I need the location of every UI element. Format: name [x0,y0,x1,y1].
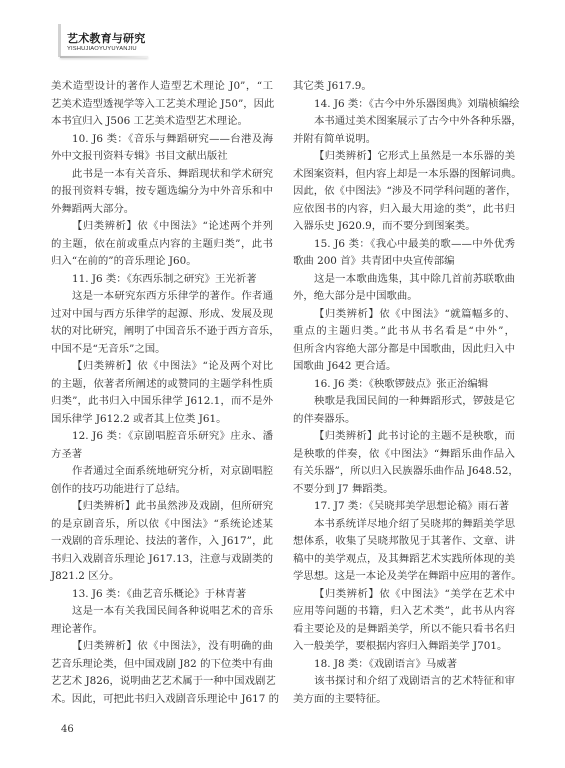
analysis-line: 【归类辨析】依《中图法》“美学在艺术中 [293,586,515,604]
entry-heading: 13. J6 类：《曲艺音乐概论》于林青著 [51,586,273,604]
text-line: 这是一本研究东西方乐律学的著作。作者通 [51,288,273,306]
text-line: 该书探讨和介绍了戏剧语言的艺术特征和审 [293,673,515,691]
analysis-line: 术。因此，可把此书归入戏剧音乐理论中 J617 的 [51,691,273,709]
journal-logo: 艺术教育与研究 YISHUJIAOYUYUYANJIU [56,22,152,62]
analysis-line: 但所含内容绝大部分都是中国歌曲，因此归入中 [293,341,515,359]
analysis-line: 【归类辨析】它形式上虽然是一本乐器的美 [293,148,515,166]
text-line: 艺美术造型透视学等入工艺美术理论 J50”，因此 [51,96,273,114]
right-column: 其它类 J617.9。 14. J6 类：《古今中外乐器图典》刘瑞桢编绘 本书通… [293,78,515,708]
text-line: 的伴奏器乐。 [293,411,515,429]
analysis-line: 的主题，依著者所阐述的或赞同的主题学科性质 [51,376,273,394]
entry-heading: 17. J7 类：《吴晓邦美学思想论稿》雨石著 [293,498,515,516]
analysis-line: 其它类 J617.9。 [293,78,515,96]
text-line: 这是一本有关我国民间各种说唱艺术的音乐 [51,603,273,621]
analysis-line: 艺艺术 J826，说明曲艺艺术属于一种中国戏剧艺 [51,673,273,691]
analysis-line: 【归类辨析】依《中图法》“论述两个并列 [51,218,273,236]
analysis-line: 重点的主题归类。”此书从书名看是“中外”， [293,323,515,341]
analysis-line: 国乐律学 J612.2 或者其上位类 J61。 [51,411,273,429]
analysis-line: 因此，依《中图法》“涉及不同学科问题的著作， [293,183,515,201]
text-line: 这是一本歌曲选集，其中除几首前苏联歌曲 [293,271,515,289]
entry-heading: 10. J6 类：《音乐与舞蹈研究——台港及海 [51,131,273,149]
text-line: 理论著作。 [51,621,273,639]
text-line: 中国不是“无音乐”之国。 [51,341,273,359]
analysis-line: 【归类辨析】依《中图法》“就篇幅多的、 [293,306,515,324]
text-line: 过对中国与西方乐律学的起源、形成、发展及现 [51,306,273,324]
page-number: 46 [61,724,74,736]
text-line: 外，绝大部分是中国歌曲。 [293,288,515,306]
text-line: 并附有简单说明。 [293,131,515,149]
analysis-line: 是秧歌的伴奏，依《中图法》“舞蹈乐曲作品入 [293,446,515,464]
analysis-line: 国歌曲 J642 更合适。 [293,358,515,376]
analysis-line: 不要分到 J7 舞蹈类。 [293,481,515,499]
entry-heading: 方圣著 [51,446,273,464]
analysis-line: 应用等问题的书籍，归入艺术类”，此书从内容 [293,603,515,621]
journal-title: 艺术教育与研究 [67,33,145,45]
text-line: 的报刊资料专辑，按专题选编分为中外音乐和中 [51,183,273,201]
analysis-line: 术图案资料，但内容上却是一本乐器的图解词典。 [293,166,515,184]
analysis-line: 的主题，依在前或重点内容的主题归类”，此书 [51,236,273,254]
text-line: 本书宜归入 J506 工艺美术造型艺术理论。 [51,113,273,131]
entry-heading: 15. J6 类：《我心中最美的歌——中外优秀 [293,236,515,254]
entry-heading: 14. J6 类：《古今中外乐器图典》刘瑞桢编绘 [293,96,515,114]
analysis-line: 应依图书的内容，归入最大用途的类”，此书归 [293,201,515,219]
entry-heading: 16. J6 类：《秧歌锣鼓点》张正治编辑 [293,376,515,394]
analysis-line: 归入“在前的”的音乐理论 J60。 [51,253,273,271]
text-line: 本书系统详尽地介绍了吴晓邦的舞蹈美学思 [293,516,515,534]
analysis-line: 归类”，此书归入中国乐律学 J612.1，而不是外 [51,393,273,411]
text-line: 此书是一本有关音乐、舞蹈现状和学术研究 [51,166,273,184]
entry-heading: 歌曲 200 首》共青团中央宣传部编 [293,253,515,271]
analysis-line: 一戏剧的音乐理论、技法的著作，入 J617”，此 [51,533,273,551]
text-line: 本书通过美术图案展示了古今中外各种乐器， [293,113,515,131]
text-line: 美术造型设计的著作人造型艺术理论 J0”，“工 [51,78,273,96]
text-line: 创作的技巧功能进行了总结。 [51,481,273,499]
analysis-line: 入一般美学，要根据内容归入舞蹈美学 J701。 [293,638,515,656]
text-line: 学思想。这是一本论及美学在舞蹈中应用的著作。 [293,568,515,586]
analysis-line: 艺音乐理论类，但中国戏剧 J82 的下位类中有曲 [51,656,273,674]
analysis-line: 的是京剧音乐，所以依《中图法》“系统论述某 [51,516,273,534]
text-line: 秧歌是我国民间的一种舞蹈形式，锣鼓是它 [293,393,515,411]
entry-heading: 12. J6 类：《京剧唱腔音乐研究》庄永、潘 [51,428,273,446]
journal-pinyin: YISHUJIAOYUYUYANJIU [67,46,137,52]
analysis-line: 看主要论及的是舞蹈美学，所以不能只看书名归 [293,621,515,639]
text-line: 想体系，收集了吴晓邦散见于其著作、文章、讲 [293,533,515,551]
analysis-line: 【归类辨析】依《中图法》，没有明确的曲 [51,638,273,656]
analysis-line: 【归类辨析】此书虽然涉及戏剧，但所研究 [51,498,273,516]
entry-heading: 18. J8 类：《戏剧语言》马威著 [293,656,515,674]
text-line: 美方面的主要特征。 [293,691,515,709]
logo-accent-bar [58,24,61,57]
analysis-line: 有关乐器”，所以归入民族器乐曲作品 J648.52， [293,463,515,481]
entry-heading: 外中文报刊资料专辑》书目文献出版社 [51,148,273,166]
analysis-line: 书归入戏剧音乐理论 J617.13，注意与戏剧类的 [51,551,273,569]
text-line: 作者通过全面系统地研究分析，对京剧唱腔 [51,463,273,481]
analysis-line: 【归类辨析】依《中图法》“论及两个对比 [51,358,273,376]
analysis-line: 入器乐史 J620.9，而不要分到图案类。 [293,218,515,236]
text-line: 外舞蹈两大部分。 [51,201,273,219]
text-line: 稿中的美学观点，及其舞蹈艺术实践所体现的美 [293,551,515,569]
analysis-line: 【归类辨析】此书讨论的主题不是秧歌，而 [293,428,515,446]
left-column: 美术造型设计的著作人造型艺术理论 J0”，“工 艺美术造型透视学等入工艺美术理论… [51,78,273,708]
logo-underline [60,56,148,58]
text-line: 状的对比研究，阐明了中国音乐不逊于西方音乐， [51,323,273,341]
analysis-line: J821.2 区分。 [51,568,273,586]
entry-heading: 11. J6 类：《东西乐制之研究》王光祈著 [51,271,273,289]
